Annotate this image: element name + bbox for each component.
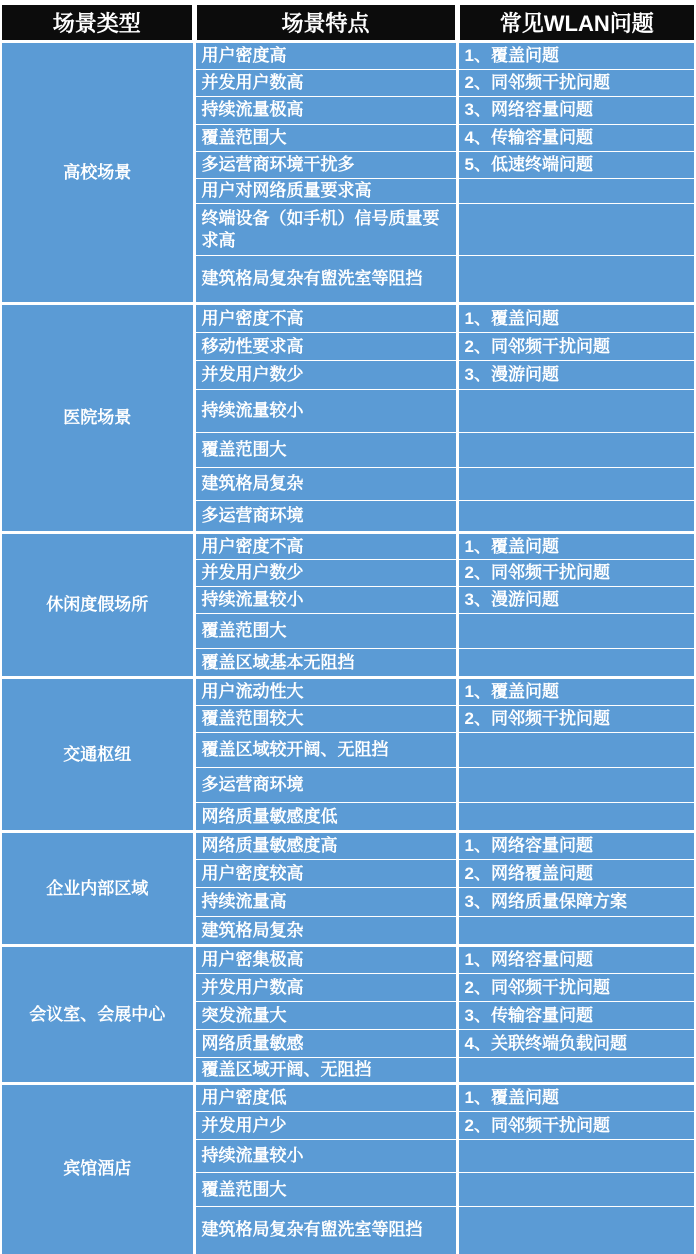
scenario-type-label: 会议室、会展中心 xyxy=(2,946,194,1084)
table-row: 高校场景用户密度高1、覆盖问题 xyxy=(2,42,694,70)
scenario-feature-cell: 建筑格局复杂 xyxy=(194,468,457,501)
scenario-feature-cell: 并发用户数少 xyxy=(194,361,457,390)
scenario-feature-cell: 用户密集极高 xyxy=(194,946,457,974)
scenario-feature-cell: 并发用户数高 xyxy=(194,974,457,1002)
wlan-problem-cell: 2、同邻频干扰问题 xyxy=(457,333,694,361)
scenario-feature-cell: 并发用户数少 xyxy=(194,560,457,587)
wlan-problem-cell xyxy=(457,1140,694,1173)
table-row: 宾馆酒店用户密度低1、覆盖问题 xyxy=(2,1084,694,1112)
wlan-problem-cell: 1、覆盖问题 xyxy=(457,1084,694,1112)
scenario-feature-cell: 网络质量敏感度高 xyxy=(194,832,457,860)
wlan-problem-cell: 1、覆盖问题 xyxy=(457,533,694,560)
wlan-problem-cell: 3、网络容量问题 xyxy=(457,97,694,125)
wlan-problem-cell: 2、同邻频干扰问题 xyxy=(457,974,694,1002)
scenario-feature-cell: 建筑格局复杂 xyxy=(194,917,457,946)
scenario-feature-cell: 用户密度不高 xyxy=(194,304,457,333)
table-row: 医院场景用户密度不高1、覆盖问题 xyxy=(2,304,694,333)
wlan-problem-cell xyxy=(457,768,694,803)
wlan-problem-cell: 1、网络容量问题 xyxy=(457,946,694,974)
scenario-feature-cell: 并发用户数高 xyxy=(194,70,457,97)
scenario-feature-cell: 用户对网络质量要求高 xyxy=(194,179,457,204)
wlan-problem-cell xyxy=(457,256,694,304)
wlan-problem-cell: 3、漫游问题 xyxy=(457,587,694,614)
scenario-feature-cell: 用户密度高 xyxy=(194,42,457,70)
scenario-type-label: 交通枢纽 xyxy=(2,678,194,832)
table-row: 交通枢纽用户流动性大1、覆盖问题 xyxy=(2,678,694,706)
scenario-feature-cell: 覆盖范围大 xyxy=(194,433,457,468)
scenario-feature-cell: 覆盖范围大 xyxy=(194,614,457,649)
page: 场景类型 场景特点 常见WLAN问题 高校场景用户密度高1、覆盖问题并发用户数高… xyxy=(0,0,696,1252)
scenario-feature-cell: 覆盖范围大 xyxy=(194,125,457,152)
wlan-problem-cell: 1、覆盖问题 xyxy=(457,304,694,333)
scenario-feature-cell: 覆盖区域较开阔、无阻挡 xyxy=(194,733,457,768)
scenario-feature-cell: 持续流量极高 xyxy=(194,97,457,125)
scenario-feature-cell: 持续流量较小 xyxy=(194,390,457,433)
table-row: 会议室、会展中心用户密集极高1、网络容量问题 xyxy=(2,946,694,974)
scenario-feature-cell: 覆盖区域基本无阻挡 xyxy=(194,649,457,678)
wlan-problem-cell: 2、网络覆盖问题 xyxy=(457,860,694,888)
wlan-problem-cell: 2、同邻频干扰问题 xyxy=(457,70,694,97)
scenario-feature-cell: 网络质量敏感 xyxy=(194,1030,457,1058)
wlan-problem-cell xyxy=(457,179,694,204)
wlan-problem-cell: 2、同邻频干扰问题 xyxy=(457,560,694,587)
scenario-feature-cell: 用户密度低 xyxy=(194,1084,457,1112)
scenario-feature-cell: 移动性要求高 xyxy=(194,333,457,361)
header-row: 场景类型 场景特点 常见WLAN问题 xyxy=(2,5,694,42)
wlan-problem-cell xyxy=(457,1207,694,1254)
table-body: 高校场景用户密度高1、覆盖问题并发用户数高2、同邻频干扰问题持续流量极高3、网络… xyxy=(2,42,694,1254)
scenario-type-label: 休闲度假场所 xyxy=(2,533,194,678)
scenario-feature-cell: 用户密度较高 xyxy=(194,860,457,888)
scenario-feature-cell: 多运营商环境 xyxy=(194,768,457,803)
wlan-problem-cell xyxy=(457,917,694,946)
scenario-type-label: 高校场景 xyxy=(2,42,194,304)
scenario-feature-cell: 持续流量高 xyxy=(194,888,457,917)
wlan-problem-cell: 2、同邻频干扰问题 xyxy=(457,706,694,733)
scenario-feature-cell: 多运营商环境干扰多 xyxy=(194,152,457,179)
scenario-feature-cell: 网络质量敏感度低 xyxy=(194,803,457,832)
wlan-problem-cell: 3、传输容量问题 xyxy=(457,1002,694,1030)
wlan-problem-cell xyxy=(457,733,694,768)
scenario-feature-cell: 建筑格局复杂有盥洗室等阻挡 xyxy=(194,1207,457,1254)
wlan-problem-cell xyxy=(457,614,694,649)
table-row: 休闲度假场所用户密度不高1、覆盖问题 xyxy=(2,533,694,560)
scenario-feature-cell: 终端设备（如手机）信号质量要求高 xyxy=(194,204,457,256)
scenario-feature-cell: 多运营商环境 xyxy=(194,501,457,533)
header-common-wlan-problems: 常见WLAN问题 xyxy=(457,5,694,42)
wlan-problem-cell xyxy=(457,204,694,256)
wlan-problem-cell: 3、漫游问题 xyxy=(457,361,694,390)
scenario-feature-cell: 覆盖范围较大 xyxy=(194,706,457,733)
scenario-type-label: 医院场景 xyxy=(2,304,194,533)
wlan-problem-cell xyxy=(457,468,694,501)
wlan-scenario-table: 场景类型 场景特点 常见WLAN问题 高校场景用户密度高1、覆盖问题并发用户数高… xyxy=(2,5,694,1254)
scenario-feature-cell: 覆盖范围大 xyxy=(194,1173,457,1207)
wlan-problem-cell: 4、传输容量问题 xyxy=(457,125,694,152)
wlan-problem-cell: 2、同邻频干扰问题 xyxy=(457,1112,694,1140)
wlan-problem-cell: 4、关联终端负载问题 xyxy=(457,1030,694,1058)
scenario-type-label: 企业内部区域 xyxy=(2,832,194,946)
wlan-problem-cell xyxy=(457,1058,694,1084)
wlan-problem-cell: 3、网络质量保障方案 xyxy=(457,888,694,917)
scenario-feature-cell: 持续流量较小 xyxy=(194,1140,457,1173)
wlan-problem-cell xyxy=(457,390,694,433)
scenario-feature-cell: 用户流动性大 xyxy=(194,678,457,706)
scenario-feature-cell: 建筑格局复杂有盥洗室等阻挡 xyxy=(194,256,457,304)
wlan-problem-cell: 1、覆盖问题 xyxy=(457,678,694,706)
scenario-feature-cell: 突发流量大 xyxy=(194,1002,457,1030)
wlan-problem-cell: 1、覆盖问题 xyxy=(457,42,694,70)
wlan-problem-cell xyxy=(457,649,694,678)
table-row: 企业内部区域网络质量敏感度高1、网络容量问题 xyxy=(2,832,694,860)
scenario-feature-cell: 覆盖区域开阔、无阻挡 xyxy=(194,1058,457,1084)
scenario-feature-cell: 持续流量较小 xyxy=(194,587,457,614)
scenario-type-label: 宾馆酒店 xyxy=(2,1084,194,1254)
wlan-problem-cell: 5、低速终端问题 xyxy=(457,152,694,179)
scenario-feature-cell: 用户密度不高 xyxy=(194,533,457,560)
header-scenario-features: 场景特点 xyxy=(194,5,457,42)
wlan-problem-cell: 1、网络容量问题 xyxy=(457,832,694,860)
wlan-problem-cell xyxy=(457,501,694,533)
wlan-problem-cell xyxy=(457,803,694,832)
wlan-problem-cell xyxy=(457,1173,694,1207)
header-scenario-type: 场景类型 xyxy=(2,5,194,42)
scenario-feature-cell: 并发用户少 xyxy=(194,1112,457,1140)
wlan-problem-cell xyxy=(457,433,694,468)
